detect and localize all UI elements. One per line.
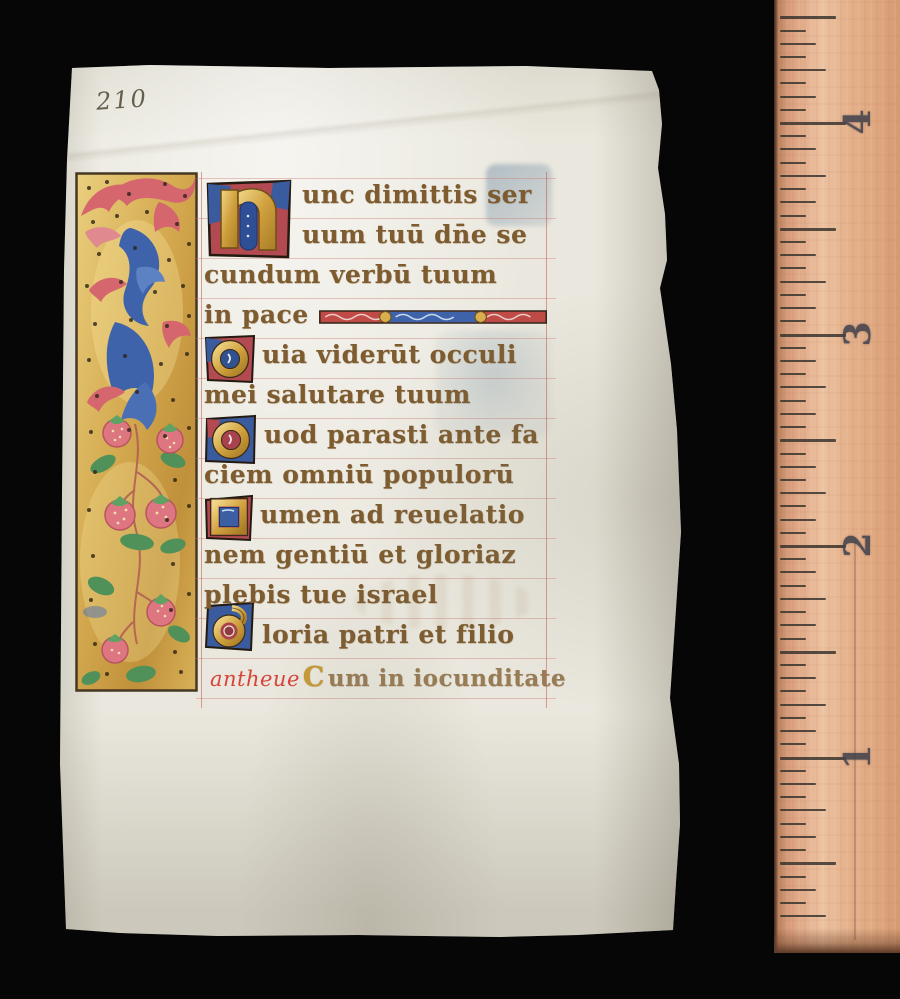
border-ink-dot	[91, 554, 95, 558]
photo-scene: 210	[0, 0, 900, 999]
border-ink-dot	[169, 608, 173, 612]
border-ink-dot	[123, 354, 127, 358]
border-ink-dot	[93, 470, 97, 474]
border-ink-dot	[129, 318, 133, 322]
border-ink-dot	[173, 650, 177, 654]
border-ink-dot	[187, 314, 191, 318]
wooden-ruler: 4 3 2 1	[774, 0, 900, 953]
ruler-number-4: 4	[836, 100, 880, 144]
border-ink-dot	[85, 284, 89, 288]
manuscript-line: cundum verbū tuum	[204, 260, 552, 298]
border-ink-dot	[89, 430, 93, 434]
border-ink-dot	[159, 362, 163, 366]
border-ink-dot	[187, 242, 191, 246]
border-ink-dot	[165, 518, 169, 522]
border-ink-dot	[171, 398, 175, 402]
border-ink-dot	[187, 426, 191, 430]
border-ink-dot	[91, 220, 95, 224]
border-ink-dot	[105, 672, 109, 676]
chant-incipit: um in iocunditate	[328, 665, 566, 692]
line-filler-ornament	[319, 309, 547, 325]
illuminated-border	[75, 172, 198, 692]
manuscript-line: plebis tue israel	[204, 580, 552, 618]
manuscript-line: uod parasti ante fa	[204, 420, 612, 458]
border-ink-dot	[179, 670, 183, 674]
manuscript-line: umen ad reuelatio	[204, 500, 608, 538]
border-ink-dot	[93, 322, 97, 326]
border-ink-dot	[133, 246, 137, 250]
border-ink-dot	[171, 562, 175, 566]
manuscript-line: nem gentiū et gloriaz	[204, 540, 552, 578]
manuscript-line: unc dimittis ser	[204, 180, 650, 218]
ruler-bottom-edge	[774, 928, 900, 953]
border-ink-dot	[187, 504, 191, 508]
border-ink-dot	[185, 352, 189, 356]
manuscript-leaf: 210	[58, 62, 682, 938]
border-ink-dot	[95, 394, 99, 398]
border-ink-dot	[93, 642, 97, 646]
border-ink-dot	[163, 434, 167, 438]
ruler-left-edge	[774, 0, 778, 953]
border-ink-dot	[87, 186, 91, 190]
border-ink-dot	[175, 222, 179, 226]
manuscript-line: loria patri et filio	[204, 620, 610, 658]
border-ink-dot	[165, 324, 169, 328]
border-ink-dot	[181, 284, 185, 288]
border-ink-dot	[183, 194, 187, 198]
border-ink-dot	[89, 598, 93, 602]
manuscript-line: uum tuū dn̄e se	[204, 220, 650, 258]
border-ink-dot	[87, 508, 91, 512]
page-number: 210	[95, 84, 149, 116]
manuscript-rubric-line: antheue C um in iocunditate	[204, 662, 558, 700]
border-ink-dot	[127, 428, 131, 432]
border-ink-dot	[105, 180, 109, 184]
border-ink-dot	[97, 252, 101, 256]
border-ink-dot	[115, 214, 119, 218]
border-ink-dot	[153, 290, 157, 294]
border-ink-dot	[173, 478, 177, 482]
border-ink-dot	[145, 210, 149, 214]
border-ink-dot	[119, 280, 123, 284]
manuscript-line: mei salutare tuum	[204, 380, 552, 418]
border-ink-dot	[187, 592, 191, 596]
manuscript-line: ciem omniū populorū	[204, 460, 552, 498]
rubric-label: antheue	[210, 667, 300, 691]
border-ink-dot	[135, 390, 139, 394]
ruler-number-3: 3	[836, 312, 880, 356]
gold-initial-C: C	[303, 662, 325, 693]
manuscript-line: uia viderūt occuli	[204, 340, 610, 378]
border-ink-dot	[87, 358, 91, 362]
border-ink-dot	[163, 182, 167, 186]
text-block: N Q	[204, 170, 552, 714]
border-ink-dot	[127, 192, 131, 196]
ruler-number-2: 2	[836, 523, 880, 567]
border-decoration-art	[75, 172, 198, 692]
manuscript-line: in pace	[204, 300, 552, 338]
border-ink-dot	[167, 258, 171, 262]
ruler-number-1: 1	[836, 735, 880, 779]
